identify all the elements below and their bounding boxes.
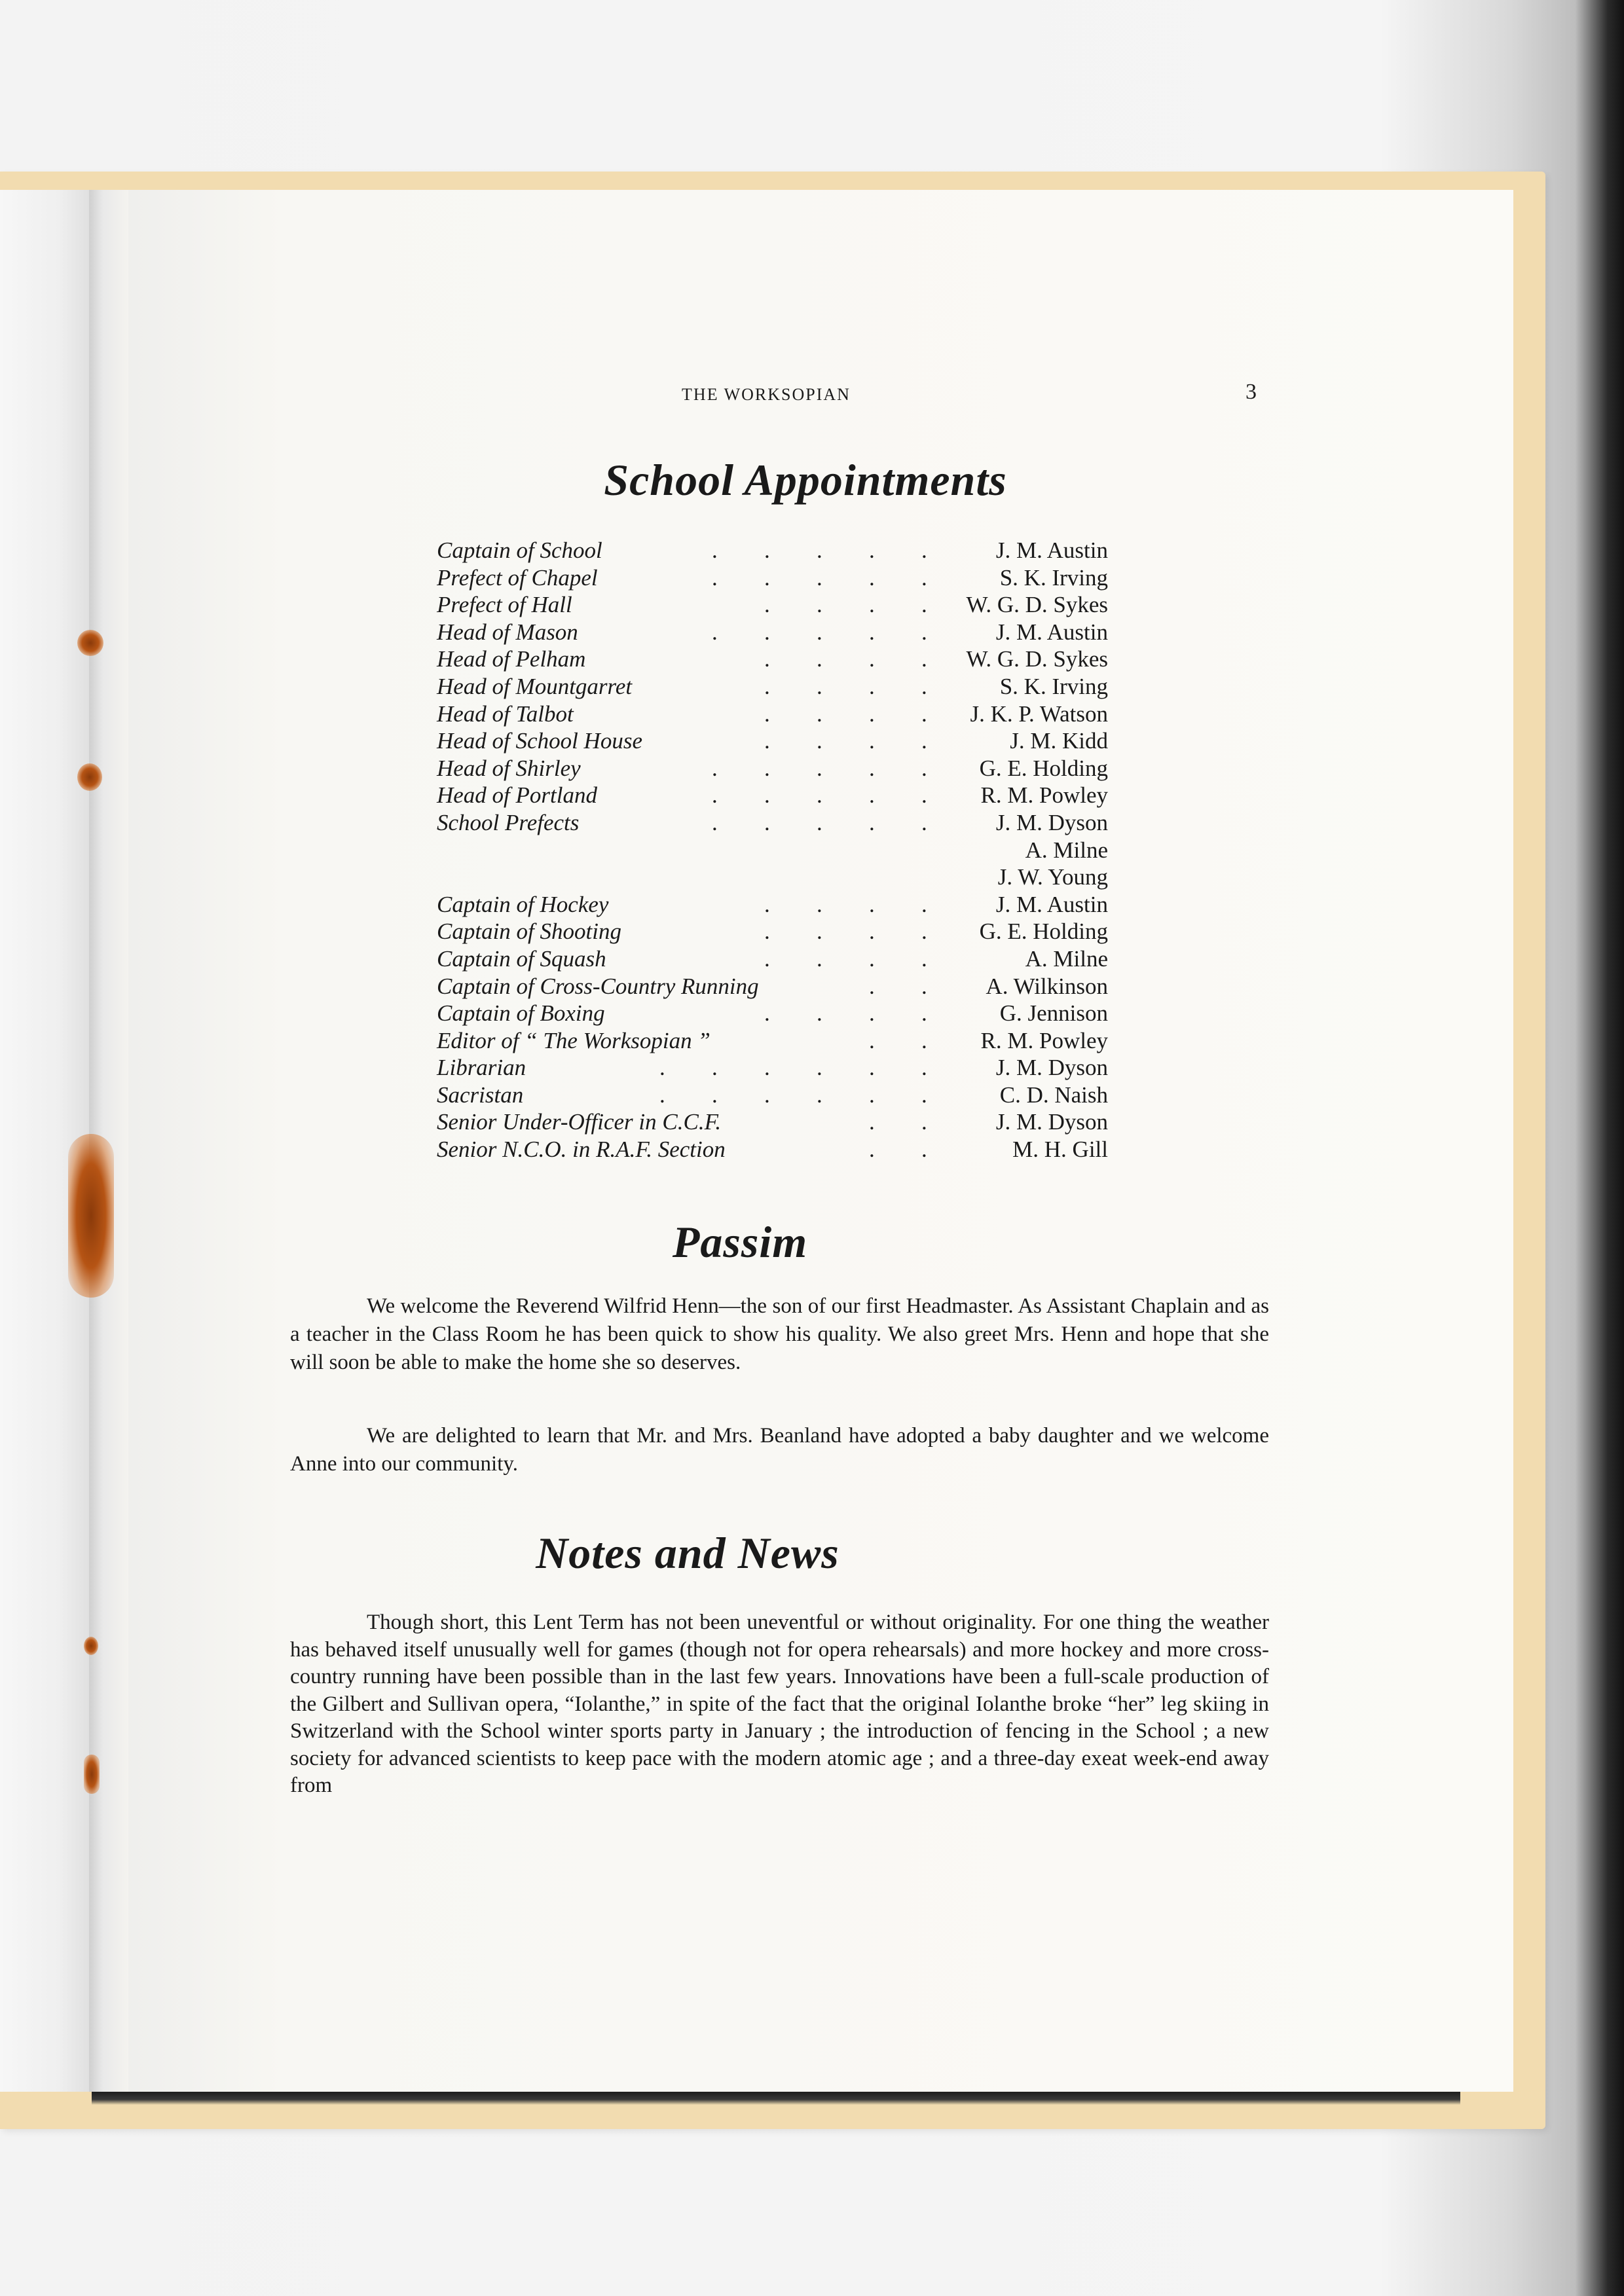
appointment-row: Head of Pelham....W. G. D. Sykes <box>437 646 1108 673</box>
appointment-row: A. Milne <box>437 837 1108 864</box>
appointment-role: Editor of “ The Worksopian ” <box>437 1027 710 1055</box>
rust-stain <box>77 630 103 656</box>
appointment-row: Head of School House....J. M. Kidd <box>437 727 1108 755</box>
appointment-row: Senior Under-Officer in C.C.F...J. M. Dy… <box>437 1108 1108 1136</box>
appointee-name: S. K. Irving <box>1000 673 1108 701</box>
appointment-role: Captain of Hockey <box>437 891 608 919</box>
appointment-row: Prefect of Hall....W. G. D. Sykes <box>437 591 1108 619</box>
appointee-name: M. H. Gill <box>1012 1136 1108 1163</box>
appointment-role: Captain of Boxing <box>437 1000 605 1027</box>
page-number: 3 <box>1246 380 1257 405</box>
appointment-role: Sacristan <box>437 1082 523 1109</box>
appointee-name: J. M. Austin <box>996 891 1108 919</box>
page-bottom-shadow <box>92 2092 1460 2105</box>
appointee-name: J. M. Austin <box>996 537 1108 564</box>
appointment-role: Captain of School <box>437 537 602 564</box>
appointee-name: J. M. Dyson <box>996 1108 1108 1136</box>
appointment-role: School Prefects <box>437 809 579 837</box>
appointee-name: A. Wilkinson <box>986 973 1108 1000</box>
appointee-name: W. G. D. Sykes <box>967 591 1109 619</box>
appointment-role: Head of Pelham <box>437 646 585 673</box>
appointee-name: G. Jennison <box>1000 1000 1108 1027</box>
appointment-row: Senior N.C.O. in R.A.F. Section..M. H. G… <box>437 1136 1108 1163</box>
appointment-row: Head of Mountgarret....S. K. Irving <box>437 673 1108 701</box>
appointee-name: J. W. Young <box>998 864 1108 891</box>
appointee-name: J. M. Kidd <box>1010 727 1108 755</box>
appointment-row: Head of Shirley.....G. E. Holding <box>437 755 1108 782</box>
appointment-row: Captain of Boxing....G. Jennison <box>437 1000 1108 1027</box>
appointee-name: W. G. D. Sykes <box>967 646 1109 673</box>
appointment-row: Captain of Hockey....J. M. Austin <box>437 891 1108 919</box>
appointment-role: Prefect of Chapel <box>437 564 598 592</box>
notes-paragraph: Though short, this Lent Term has not bee… <box>290 1609 1269 1800</box>
appointment-role: Captain of Squash <box>437 945 606 973</box>
passim-paragraph: We are delighted to learn that Mr. and M… <box>290 1422 1269 1478</box>
appointment-row: Captain of Squash....A. Milne <box>437 945 1108 973</box>
section-title-appointments: School Appointments <box>0 454 1617 506</box>
appointee-name: S. K. Irving <box>1000 564 1108 592</box>
appointee-name: C. D. Naish <box>1000 1082 1108 1109</box>
appointment-row: Head of Portland.....R. M. Powley <box>437 782 1108 809</box>
appointment-row: Sacristan......C. D. Naish <box>437 1082 1108 1109</box>
appointment-row: Editor of “ The Worksopian ”..R. M. Powl… <box>437 1027 1108 1055</box>
passim-paragraph: We welcome the Reverend Wilfrid Henn—the… <box>290 1292 1269 1377</box>
rust-stain <box>84 1755 100 1794</box>
appointment-row: Captain of School.....J. M. Austin <box>437 537 1108 564</box>
appointment-role: Head of Talbot <box>437 701 574 728</box>
running-head: THE WORKSOPIAN <box>668 385 864 405</box>
appointee-name: J. M. Austin <box>996 619 1108 646</box>
appointee-name: J. K. P. Watson <box>970 701 1108 728</box>
appointment-role: Head of Mountgarret <box>437 673 632 701</box>
appointment-row: School Prefects.....J. M. Dyson <box>437 809 1108 837</box>
rust-stain <box>77 763 102 791</box>
appointment-row: Captain of Cross-Country Running..A. Wil… <box>437 973 1108 1000</box>
rust-stain <box>84 1637 98 1655</box>
appointee-name: A. Milne <box>1025 837 1108 864</box>
section-title-notes-and-news: Notes and News <box>0 1527 1500 1579</box>
appointment-row: Prefect of Chapel.....S. K. Irving <box>437 564 1108 592</box>
appointment-role: Head of Portland <box>437 782 597 809</box>
appointment-row: Head of Mason.....J. M. Austin <box>437 619 1108 646</box>
appointment-role: Head of Shirley <box>437 755 581 782</box>
appointment-role: Prefect of Hall <box>437 591 572 619</box>
appointee-name: G. E. Holding <box>980 755 1108 782</box>
appointment-role: Head of Mason <box>437 619 578 646</box>
appointee-name: G. E. Holding <box>980 918 1108 945</box>
appointment-row: Head of Talbot....J. K. P. Watson <box>437 701 1108 728</box>
appointment-role: Head of School House <box>437 727 642 755</box>
section-title-passim: Passim <box>0 1216 1552 1268</box>
appointment-role: Librarian <box>437 1054 526 1082</box>
appointee-name: A. Milne <box>1025 945 1108 973</box>
appointment-row: Captain of Shooting....G. E. Holding <box>437 918 1108 945</box>
appointee-name: J. M. Dyson <box>996 1054 1108 1082</box>
appointment-role: Captain of Shooting <box>437 918 621 945</box>
appointment-role: Captain of Cross-Country Running <box>437 973 759 1000</box>
appointment-role: Senior Under-Officer in C.C.F. <box>437 1108 721 1136</box>
appointments-list: Captain of School.....J. M. AustinPrefec… <box>437 537 1108 1163</box>
appointee-name: J. M. Dyson <box>996 809 1108 837</box>
appointment-row: Librarian......J. M. Dyson <box>437 1054 1108 1082</box>
appointment-role: Senior N.C.O. in R.A.F. Section <box>437 1136 726 1163</box>
appointee-name: R. M. Powley <box>981 782 1108 809</box>
appointment-row: J. W. Young <box>437 864 1108 891</box>
appointee-name: R. M. Powley <box>981 1027 1108 1055</box>
rust-stain <box>68 1134 114 1298</box>
